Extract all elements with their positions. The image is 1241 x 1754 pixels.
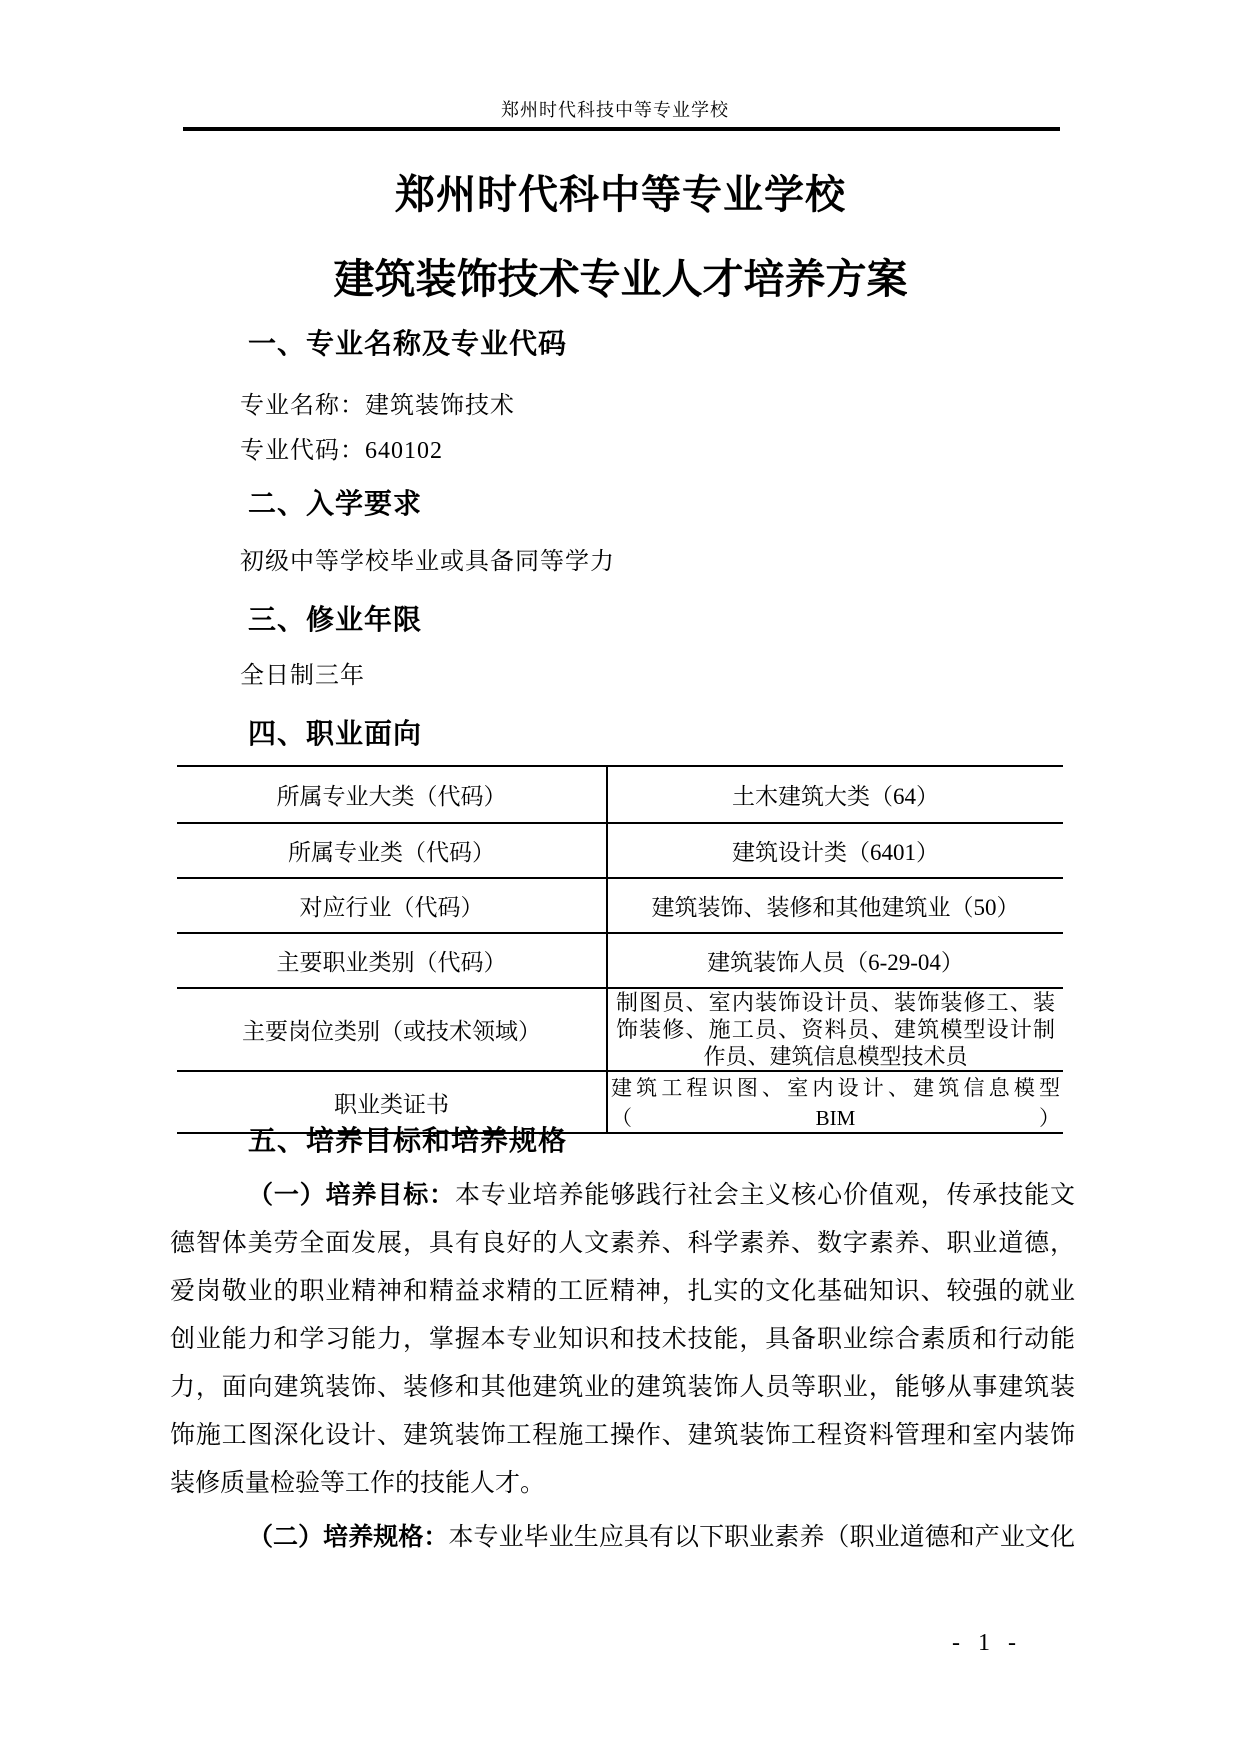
table-cell-value: 建筑设计类（6401） bbox=[607, 823, 1063, 878]
table-cell-value: 制图员、室内装饰设计员、装饰装修工、装饰装修、施工员、资料员、建筑模型设计制作员… bbox=[607, 988, 1063, 1071]
section-heading-3: 三、修业年限 bbox=[248, 605, 422, 635]
paragraph-line: 力，面向建筑装饰、装修和其他建筑业的建筑装饰人员等职业，能够从事建筑装 bbox=[170, 1364, 1075, 1412]
section-heading-2: 二、入学要求 bbox=[248, 489, 422, 519]
paragraph-line: 装修质量检验等工作的技能人才。 bbox=[170, 1460, 1075, 1508]
header-rule bbox=[183, 127, 1060, 131]
paragraph-lead: （一）培养目标： bbox=[248, 1182, 455, 1209]
table-cell-value: 建筑装饰人员（6-29-04） bbox=[607, 933, 1063, 988]
table-row: 主要职业类别（代码）建筑装饰人员（6-29-04） bbox=[177, 933, 1063, 988]
entry-requirement-line: 初级中等学校毕业或具备同等学力 bbox=[240, 548, 615, 576]
section-heading-4: 四、职业面向 bbox=[248, 719, 422, 749]
table-cell-label: 对应行业（代码） bbox=[177, 878, 607, 933]
table-cell-label: 主要岗位类别（或技术领域） bbox=[177, 988, 607, 1071]
career-orientation-table: 所属专业大类（代码）土木建筑大类（64）所属专业类（代码）建筑设计类（6401）… bbox=[177, 765, 1063, 1134]
paragraph-lead: （二）培养规格： bbox=[248, 1524, 449, 1551]
page-number: - 1 - bbox=[952, 1630, 1022, 1657]
document-page: 郑州时代科技中等专业学校 郑州时代科中等专业学校 建筑装饰技术专业人才培养方案 … bbox=[0, 0, 1241, 1754]
table-cell-label: 所属专业类（代码） bbox=[177, 823, 607, 878]
paragraph-line: （一）培养目标：本专业培养能够践行社会主义核心价值观，传承技能文明， bbox=[170, 1172, 1075, 1220]
table-cell-label: 主要职业类别（代码） bbox=[177, 933, 607, 988]
table-row: 主要岗位类别（或技术领域）制图员、室内装饰设计员、装饰装修工、装饰装修、施工员、… bbox=[177, 988, 1063, 1071]
table-row: 职业类证书建筑工程识图、室内设计、建筑信息模型（BIM） bbox=[177, 1071, 1063, 1133]
training-specification-paragraph: （二）培养规格：本专业毕业生应具有以下职业素养（职业道德和产业文化 bbox=[170, 1514, 1075, 1562]
paragraph-line: 饰施工图深化设计、建筑装饰工程施工操作、建筑装饰工程资料管理和室内装饰 bbox=[170, 1412, 1075, 1460]
training-objective-paragraph: （一）培养目标：本专业培养能够践行社会主义核心价值观，传承技能文明，德智体美劳全… bbox=[170, 1172, 1075, 1508]
table-cell-value: 土木建筑大类（64） bbox=[607, 766, 1063, 823]
table-row: 所属专业大类（代码）土木建筑大类（64） bbox=[177, 766, 1063, 823]
document-title: 郑州时代科中等专业学校 bbox=[0, 173, 1241, 217]
career-table-body: 所属专业大类（代码）土木建筑大类（64）所属专业类（代码）建筑设计类（6401）… bbox=[177, 766, 1063, 1133]
table-row: 所属专业类（代码）建筑设计类（6401） bbox=[177, 823, 1063, 878]
paragraph-line: 爱岗敬业的职业精神和精益求精的工匠精神，扎实的文化基础知识、较强的就业 bbox=[170, 1268, 1075, 1316]
page-header-text: 郑州时代科技中等专业学校 bbox=[170, 96, 1060, 122]
table-row: 对应行业（代码）建筑装饰、装修和其他建筑业（50） bbox=[177, 878, 1063, 933]
study-duration-line: 全日制三年 bbox=[240, 662, 365, 690]
table-cell-label: 职业类证书 bbox=[177, 1071, 607, 1133]
major-code-line: 专业代码：640102 bbox=[240, 437, 443, 465]
section-heading-1: 一、专业名称及专业代码 bbox=[248, 329, 567, 359]
section-heading-5: 五、培养目标和培养规格 bbox=[248, 1126, 567, 1156]
major-name-line: 专业名称：建筑装饰技术 bbox=[240, 392, 515, 420]
document-subtitle: 建筑装饰技术专业人才培养方案 bbox=[0, 256, 1241, 302]
paragraph-line: （二）培养规格：本专业毕业生应具有以下职业素养（职业道德和产业文化 bbox=[170, 1514, 1075, 1562]
table-cell-label: 所属专业大类（代码） bbox=[177, 766, 607, 823]
table-cell-value: 建筑装饰、装修和其他建筑业（50） bbox=[607, 878, 1063, 933]
paragraph-line: 创业能力和学习能力，掌握本专业知识和技术技能，具备职业综合素质和行动能 bbox=[170, 1316, 1075, 1364]
paragraph-line: 德智体美劳全面发展，具有良好的人文素养、科学素养、数字素养、职业道德， bbox=[170, 1220, 1075, 1268]
table-cell-value: 建筑工程识图、室内设计、建筑信息模型（BIM） bbox=[607, 1071, 1063, 1133]
